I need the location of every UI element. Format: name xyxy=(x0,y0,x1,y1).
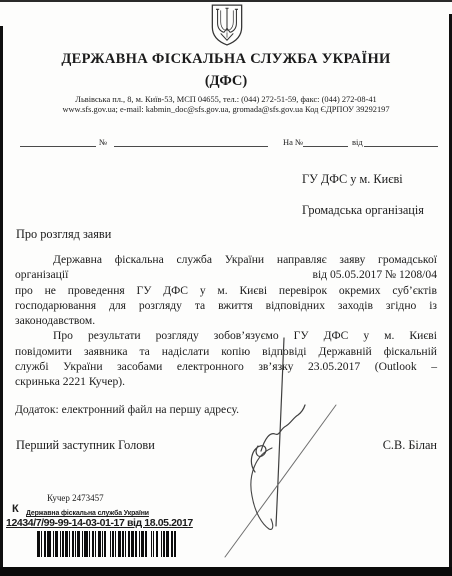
blank-date-line xyxy=(20,136,96,147)
signer-title: Перший заступник Голови xyxy=(16,438,155,453)
body-line: Державна фіскальна служба України направ… xyxy=(15,252,437,267)
signer-name: С.В. Білан xyxy=(383,438,437,453)
ukraine-trident-icon xyxy=(206,2,248,46)
body-line: законодавством. xyxy=(15,313,437,328)
body-line-split: організації від 05.05.2017 № 1208/04 xyxy=(15,267,437,282)
body-line-right: від 05.05.2017 № 1208/04 xyxy=(312,267,437,282)
org-contacts-line: www.sfs.gov.ua; e-mail: kabmin_doc@sfs.g… xyxy=(0,105,452,114)
addressee-line-2: Громадська організація xyxy=(302,203,424,217)
org-address-line: Львівська пл., 8, м. Київ-53, МСП 04655,… xyxy=(0,95,452,104)
addressee-block: ГУ ДФС у м. Києві Громадська організація xyxy=(302,172,424,234)
org-abbreviation: (ДФС) xyxy=(0,73,452,90)
handwritten-signature xyxy=(200,330,360,565)
body-line: про не проведення ГУ ДФС у м. Києві пере… xyxy=(15,283,437,298)
subject-line: Про розгляд заяви xyxy=(16,227,111,242)
registration-stamp-number: 12434/7/99-99-14-03-01-17 від 18.05.2017 xyxy=(6,517,193,529)
org-name: ДЕРЖАВНА ФІСКАЛЬНА СЛУЖБА УКРАЇНИ xyxy=(0,51,452,68)
blank-from-date-line xyxy=(364,136,438,147)
copy-mark: К xyxy=(12,503,19,515)
number-label: № xyxy=(99,137,107,147)
scanned-letter-page: ДЕРЖАВНА ФІСКАЛЬНА СЛУЖБА УКРАЇНИ (ДФС) … xyxy=(0,0,452,576)
addressee-line-1: ГУ ДФС у м. Києві xyxy=(302,172,424,186)
from-label: від xyxy=(352,137,363,147)
scan-border-bottom xyxy=(0,567,452,576)
on-number-label: На № xyxy=(283,137,303,147)
blank-number-line xyxy=(114,136,268,147)
blank-on-number-line xyxy=(303,136,348,147)
registration-stamp-org: Державна фіскальна служба України xyxy=(26,510,149,517)
executor-line: Кучер 2473457 xyxy=(47,493,104,503)
registration-barcode xyxy=(37,531,176,557)
body-line: господарювання для розгляду та вжиття ві… xyxy=(15,298,437,313)
reference-number-row: № На № від xyxy=(0,136,452,150)
body-line-left: організації xyxy=(15,267,68,282)
